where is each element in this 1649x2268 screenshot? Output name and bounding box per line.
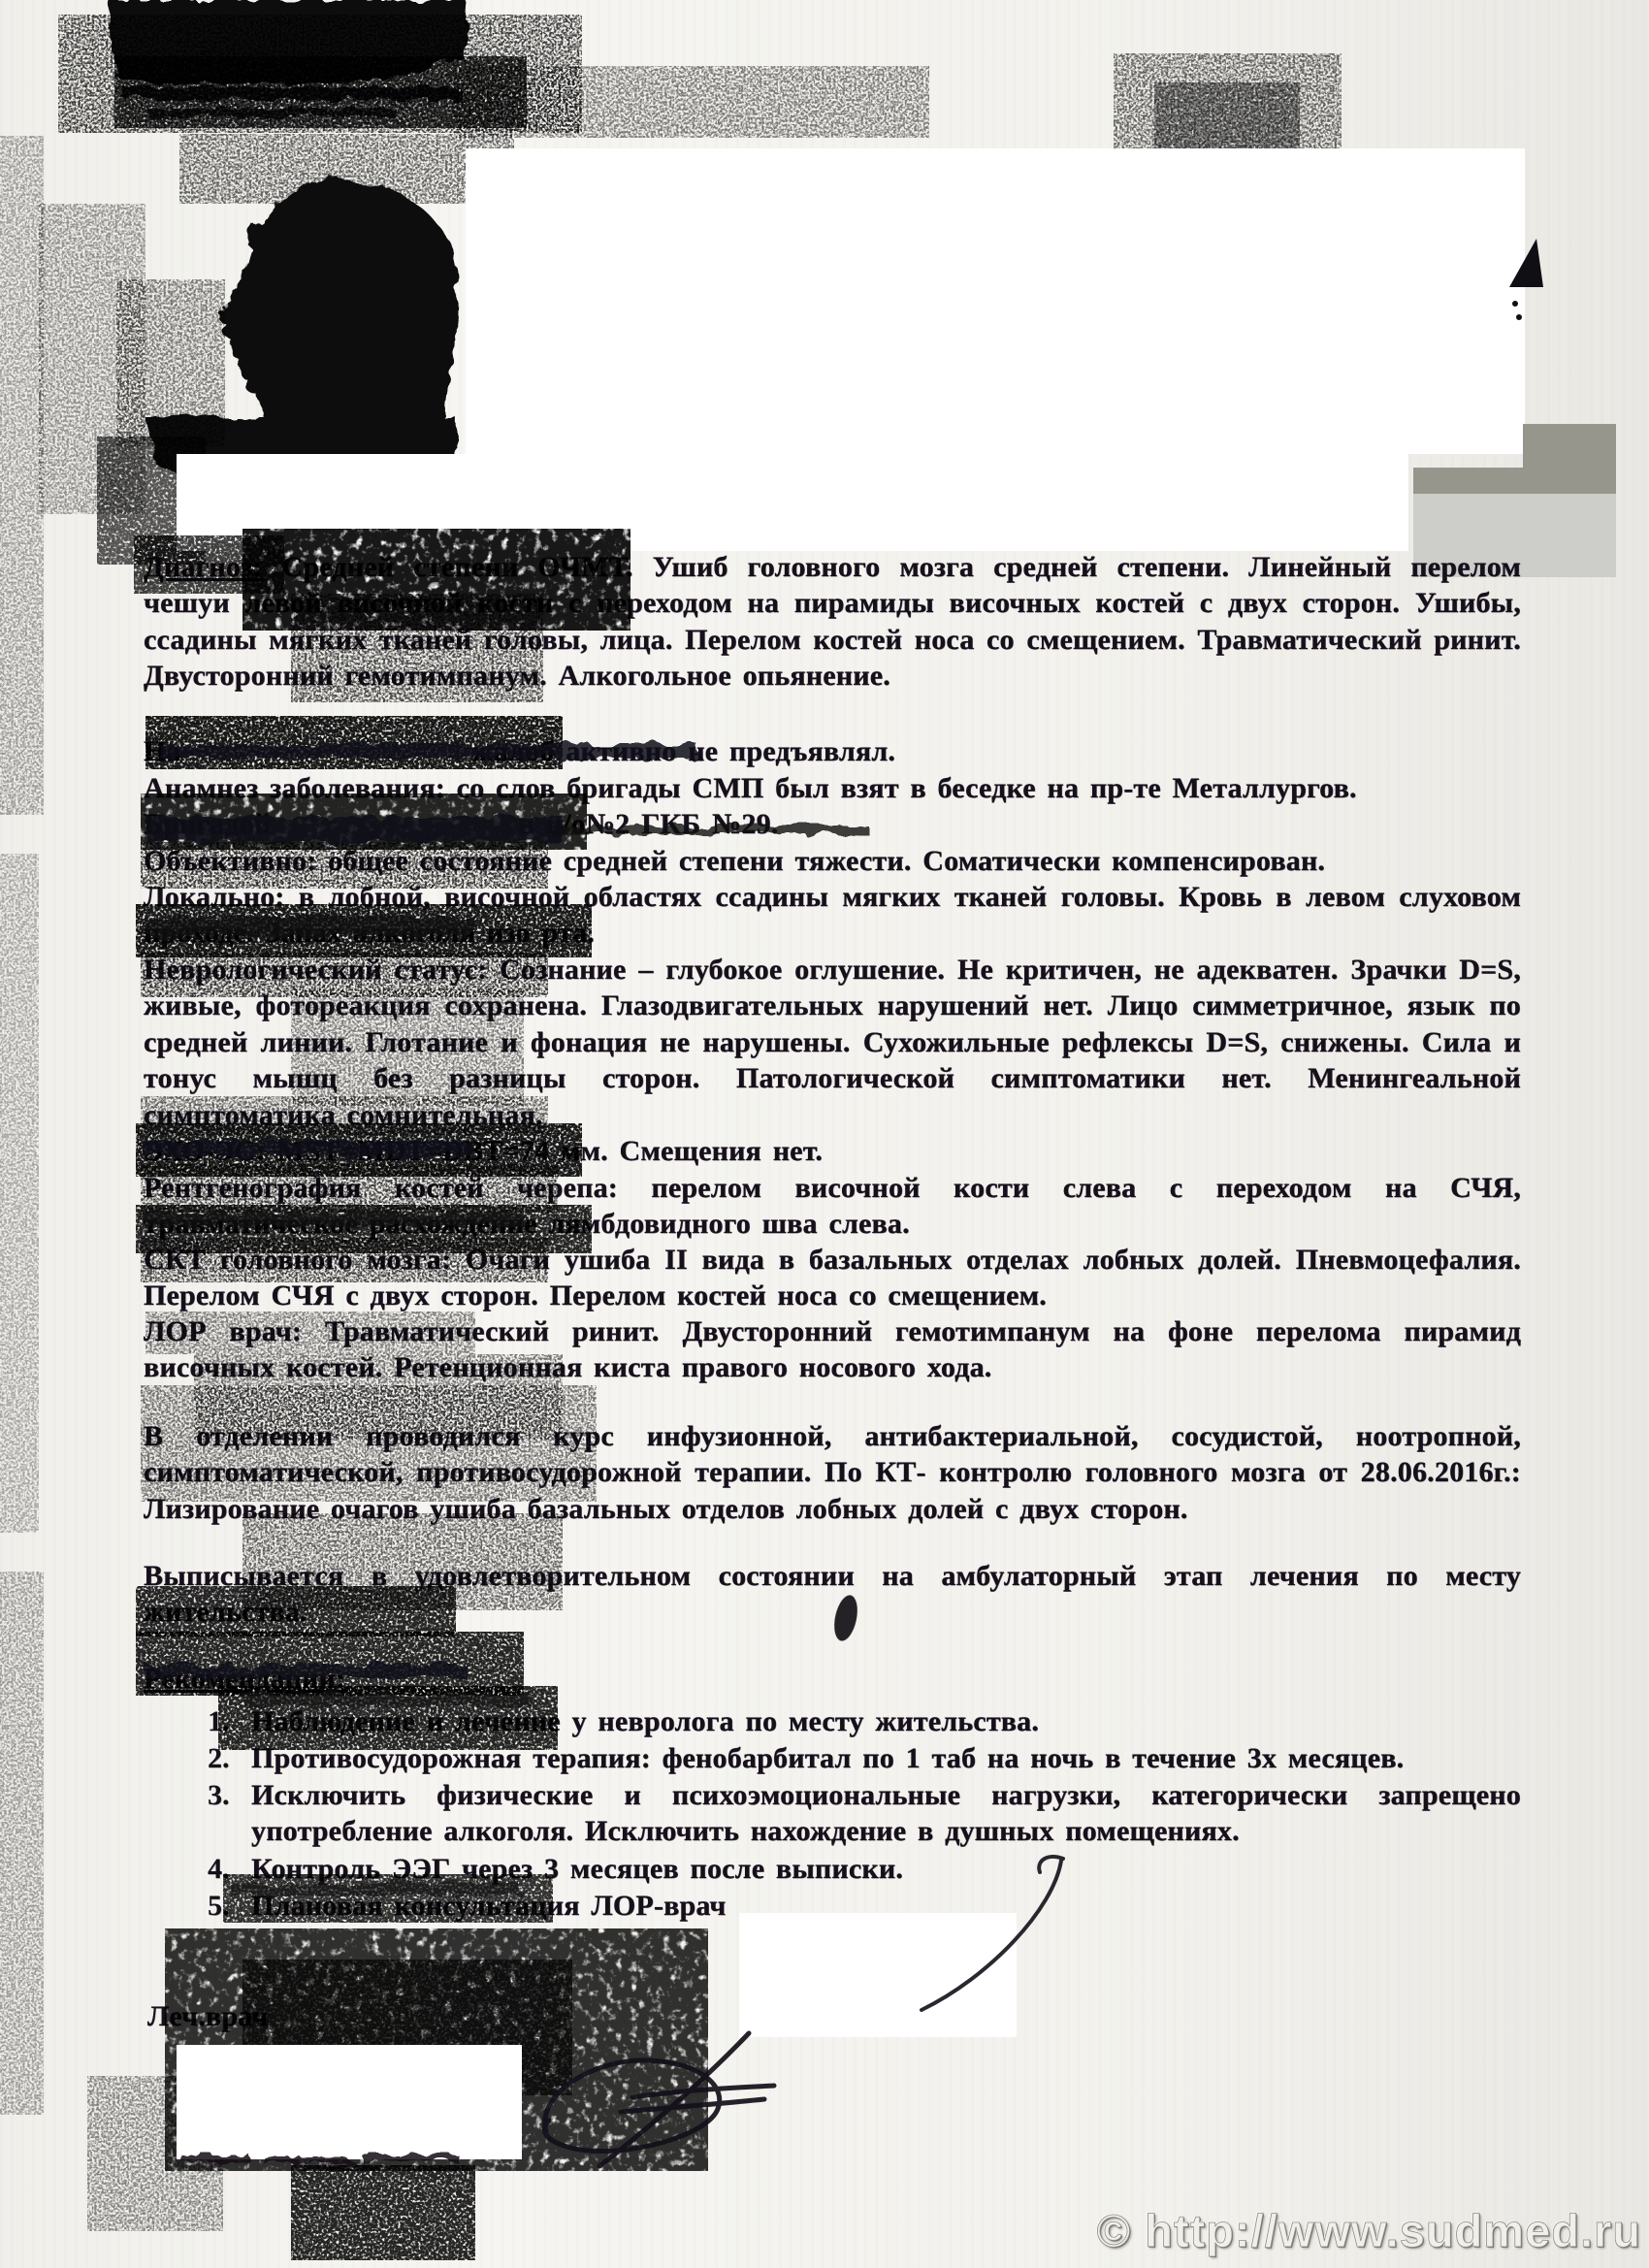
ent-paragraph: ЛОР врач: Травматический ринит. Двусторо… xyxy=(144,1313,1521,1386)
recommendations-title: Рекомендации: xyxy=(144,1661,551,1697)
top-left-ink-blot xyxy=(109,0,468,84)
objective-paragraph: Объективно: общее состояние средней степ… xyxy=(144,843,1521,879)
brigade-prefix: Бригадой xyxy=(144,808,272,840)
gray-redaction-block-band xyxy=(1413,468,1616,494)
treatment-paragraph: В отделении проводился курс инфузионной,… xyxy=(144,1418,1521,1527)
top-ink-smudge-group xyxy=(58,0,1342,168)
redaction-box-signature xyxy=(177,2045,522,2159)
complaints-suffix: жалоб активно не предъявлял. xyxy=(472,735,895,767)
rec-item-text: Контроль ЭЭГ через 3 месяцев после выпис… xyxy=(251,1851,1521,1887)
anamnesis-paragraph: Анамнез заболевания: со слов бригады СМП… xyxy=(144,770,1521,806)
rec-item-text: Противосудорожная терапия: фенобарбитал … xyxy=(251,1740,1521,1776)
brigade-suffix: в н/о№2 ГКБ №29. xyxy=(519,808,779,840)
signature-stroke xyxy=(544,2033,774,2166)
rec-item-number: 2. xyxy=(208,1740,246,1776)
diagnosis-text: Средней степени ОЧМТ. Ушиб головного моз… xyxy=(144,551,1521,692)
complaints-prefix: На xyxy=(144,735,181,767)
attending-doctor-label: Леч.врач xyxy=(147,1998,438,2034)
brigade-line: Бригадойв н/о№2 ГКБ №29. xyxy=(144,806,1521,842)
complaints-line: Нажалоб активно не предъявлял. xyxy=(144,733,1521,769)
redaction-box-patient-info xyxy=(177,454,1408,551)
redaction-box-item5 xyxy=(739,1913,1017,2037)
rec-item-number: 5. xyxy=(208,1888,246,1924)
margin-noise-group xyxy=(0,136,145,2115)
local-status-paragraph: Локально: в лобной, височной областях сс… xyxy=(144,879,1521,952)
rec-item-number: 1. xyxy=(208,1703,246,1739)
xray-paragraph: Рентгенография костей черепа: перелом ви… xyxy=(144,1170,1521,1243)
rec-item-number: 3. xyxy=(208,1777,246,1813)
echo-paragraph: ЭХО-ЭС: MST=MDT=DBT=74 мм. Смещения нет. xyxy=(144,1133,1521,1169)
redaction-box-header xyxy=(466,148,1525,454)
neurological-status-paragraph: Неврологический статус: Сознание – глубо… xyxy=(144,952,1521,1133)
rec-item-text: Исключить физические и психоэмоциональны… xyxy=(251,1777,1521,1850)
discharge-paragraph: Выписывается в удовлетворительном состоя… xyxy=(144,1558,1521,1631)
rec-item-text: Плановая консультация ЛОР-врач xyxy=(251,1888,1521,1924)
watermark-text: © http://www.sudmed.ru xyxy=(1097,2204,1641,2257)
scanned-page: Диагноз: Средней степени ОЧМТ. Ушиб голо… xyxy=(0,0,1649,2268)
rec-item-number: 4. xyxy=(208,1851,246,1887)
ct-paragraph: СКТ головного мозга: Очаги ушиба II вида… xyxy=(144,1242,1521,1314)
rec-item-text: Наблюдение и лечение у невролога по мест… xyxy=(251,1703,1521,1739)
diagnosis-label: Диагноз: xyxy=(144,551,262,583)
diagnosis-paragraph: Диагноз: Средней степени ОЧМТ. Ушиб голо… xyxy=(144,549,1521,695)
dashed-line xyxy=(182,2155,458,2163)
head-silhouette xyxy=(215,179,458,456)
